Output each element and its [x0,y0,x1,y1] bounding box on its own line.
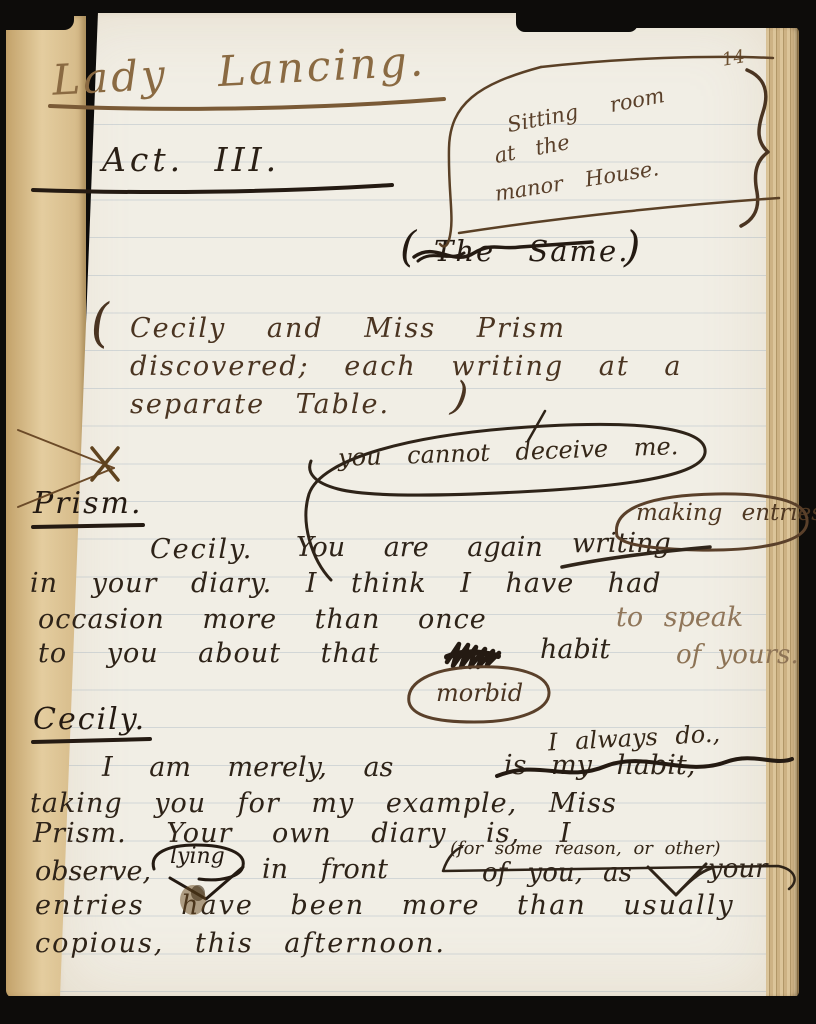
prism-line3-faded: to speak [616,602,743,633]
cecily-line4-a: observe, [35,856,151,887]
insertion-lying: lying [170,844,225,869]
prism-line2: in your diary. I think I have had [30,568,662,599]
cecily-line5: entries have been more than usually [35,890,735,921]
cecily-line6: copious, this afternoon. [35,928,446,959]
cecily-line1-a: I am merely, as [102,752,393,783]
photo-background-top-right [634,0,816,28]
prism-line4-faded: of yours. [676,640,799,670]
speaker-cecily: Cecily. [33,702,146,737]
prism-line4-a: to you about that [38,638,380,669]
stage-direction-line-1: Cecily and Miss Prism [130,313,566,344]
prism-line1-struck: writing [572,528,671,559]
act-heading: Act. III. [102,140,280,179]
prism-line3: occasion more than once [38,604,487,635]
stage-direction-open-paren: ( [88,293,112,354]
cecily-line4-d: your [708,854,768,884]
prism-line4-b: habit [540,634,610,665]
photo-background-top-left [0,0,74,30]
cecily-line1-struck: is my habit, [504,750,695,781]
photo-background-bottom [0,996,816,1024]
page-number: 14 [720,46,746,71]
manuscript-photo: Lady Lancing. 14 Act. III. Sitting room … [0,0,816,1024]
cecily-line4-b: in front [262,854,388,885]
stage-direction-line-2: discovered; each writing at a [130,351,682,382]
scene-struck-text: The Same. [434,234,629,268]
photo-background-notch [516,0,638,32]
insertion-making-entries: making entries [636,500,816,526]
prism-line1-a: Cecily. [150,534,253,565]
stage-direction-line-3: separate Table. [130,389,390,420]
cecily-line4-c: of you, as [482,858,632,888]
speaker-prism: Prism. [33,486,143,521]
prism-line1-b: You are again [296,532,543,563]
cecily-line2: taking you for my example, Miss [30,788,617,819]
insertion-reason: (for some reason, or other) [450,838,721,859]
scene-open-paren: ( [400,222,416,271]
scene-close-paren: ) [624,222,640,271]
insertion-morbid: morbid [436,679,523,707]
